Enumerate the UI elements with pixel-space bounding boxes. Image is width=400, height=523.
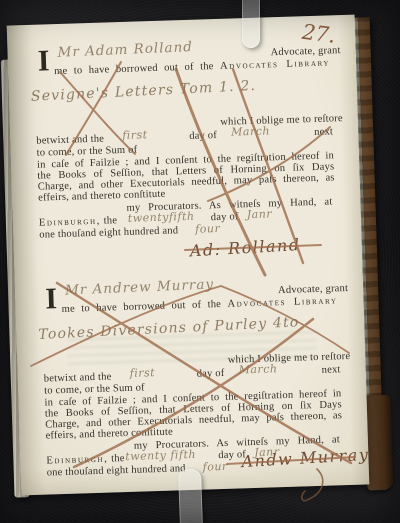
entry-record: I Mr Adam Rolland Advocate, grant me to … xyxy=(7,33,362,280)
borrow-line-text: me to have borrowed out of the xyxy=(61,299,221,315)
signing-day: twentyfifth xyxy=(128,210,195,225)
borrow-line: me to have borrowed out of the Advocates… xyxy=(61,295,337,315)
signature: Ad: Rolland xyxy=(189,235,301,260)
return-day: first xyxy=(122,128,148,142)
betwixt-label: betwixt and the xyxy=(44,371,112,384)
borrower-name: Mr Andrew Murray xyxy=(65,276,215,298)
day-of-label: day of xyxy=(189,130,217,142)
library-name: Advocates Library xyxy=(227,295,337,309)
return-month: March xyxy=(231,124,270,138)
signing-month: Janr xyxy=(247,207,273,221)
advocate-grant-text: Advocate, grant xyxy=(278,283,348,296)
the-word: the xyxy=(111,453,125,464)
edinburgh-word: Edinburgh, xyxy=(39,216,101,229)
borrow-line-text: me to have borrowed out of the xyxy=(54,61,214,77)
book: 27. I Mr Adam Rolland Advocate, grant me… xyxy=(7,15,370,496)
the-word: the xyxy=(104,215,118,226)
drop-cap: I xyxy=(45,286,57,312)
book-strap-top xyxy=(242,0,260,48)
signing-year: four xyxy=(202,460,227,474)
next-label: next xyxy=(314,126,333,138)
book-strap-bottom xyxy=(178,469,203,523)
signing-year: four xyxy=(195,222,220,236)
signing-day: twenty fifth xyxy=(125,448,196,463)
library-name: Advocates Library xyxy=(220,57,330,71)
borrow-line: me to have borrowed out of the Advocates… xyxy=(54,57,330,77)
betwixt-label: betwixt and the xyxy=(36,134,104,147)
advocate-grant-text: Advocate, grant xyxy=(270,45,340,58)
book-title: Sevigne's Letters Tom 1. 2. xyxy=(31,78,257,105)
return-month: March xyxy=(238,362,277,376)
borrower-name: Mr Adam Rolland xyxy=(57,39,193,61)
return-day: first xyxy=(129,366,155,380)
book-title: Tookes Diversions of Purley 4to xyxy=(38,314,300,343)
page: 27. I Mr Adam Rolland Advocate, grant me… xyxy=(7,15,370,496)
drop-cap: I xyxy=(37,48,49,74)
edinburgh-word: Edinburgh, xyxy=(46,454,108,467)
day-of-label: day of xyxy=(197,368,225,380)
entry-record: I Mr Andrew Murray Advocate, grant me to… xyxy=(15,271,370,496)
photo-background: 27. I Mr Adam Rolland Advocate, grant me… xyxy=(0,0,400,523)
next-label: next xyxy=(322,364,341,376)
